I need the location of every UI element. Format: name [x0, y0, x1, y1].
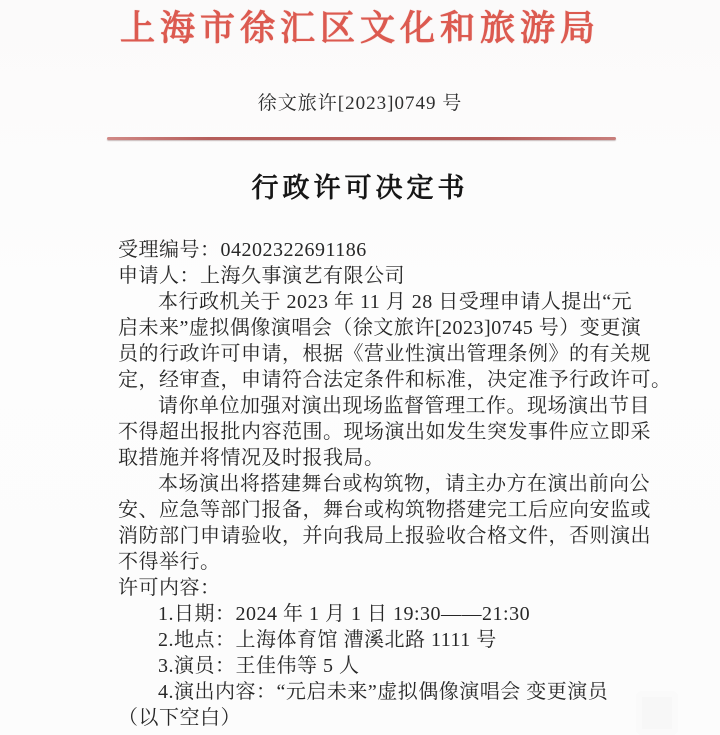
document-body-line: 请你单位加强对演出现场监督管理工作。现场演出节目 [118, 393, 620, 419]
document-number: 徐文旅许[2023]0749 号 [0, 92, 720, 116]
document-body-line: 3.演员：王佳伟等 5 人 [118, 653, 620, 679]
agency-title: 上海市徐汇区文化和旅游局 [0, 0, 720, 50]
document-body-line: 许可内容： [118, 575, 620, 601]
document-body-line: 1.日期：2024 年 1 月 1 日 19:30——21:30 [118, 601, 620, 627]
document-body-line: 申请人：上海久事演艺有限公司 [118, 263, 620, 289]
document-body-line: 2.地点：上海体育馆 漕溪北路 1111 号 [118, 627, 620, 653]
corner-watermark [636, 691, 678, 735]
header-rule-line [107, 137, 616, 140]
document-body-line: 本场演出将搭建舞台或构筑物，请主办方在演出前向公 [118, 471, 620, 497]
document-body-line: 受理编号：04202322691186 [118, 237, 620, 263]
document-body-line: 安、应急等部门报备，舞台或构筑物搭建完工后应向安监或 [118, 497, 620, 523]
document-body-line: 不得超出报批内容范围。现场演出如发生突发事件应立即采 [118, 419, 620, 445]
document-body-line: 本行政机关于 2023 年 11 月 28 日受理申请人提出“元 [118, 289, 620, 315]
document-body-line: 消防部门申请验收，并向我局上报验收合格文件，否则演出 [118, 523, 620, 549]
document-body-line: 取措施并将情况及时报我局。 [118, 445, 620, 471]
document-body-line: （以下空白） [118, 705, 620, 731]
document-body-line: 员的行政许可申请，根据《营业性演出管理条例》的有关规 [118, 341, 620, 367]
document-body: 受理编号：04202322691186申请人：上海久事演艺有限公司本行政机关于 … [118, 237, 620, 731]
document-body-line: 4.演出内容：“元启未来”虚拟偶像演唱会 变更演员 [118, 679, 620, 705]
document-body-line: 不得举行。 [118, 549, 620, 575]
document-body-line: 定，经审查，申请符合法定条件和标准，决定准予行政许可。 [118, 367, 620, 393]
document-title: 行政许可决定书 [0, 171, 720, 205]
document-page: 上海市徐汇区文化和旅游局 徐文旅许[2023]0749 号 行政许可决定书 受理… [0, 0, 720, 735]
document-body-line: 启未来”虚拟偶像演唱会（徐文旅许[2023]0745 号）变更演 [118, 315, 620, 341]
